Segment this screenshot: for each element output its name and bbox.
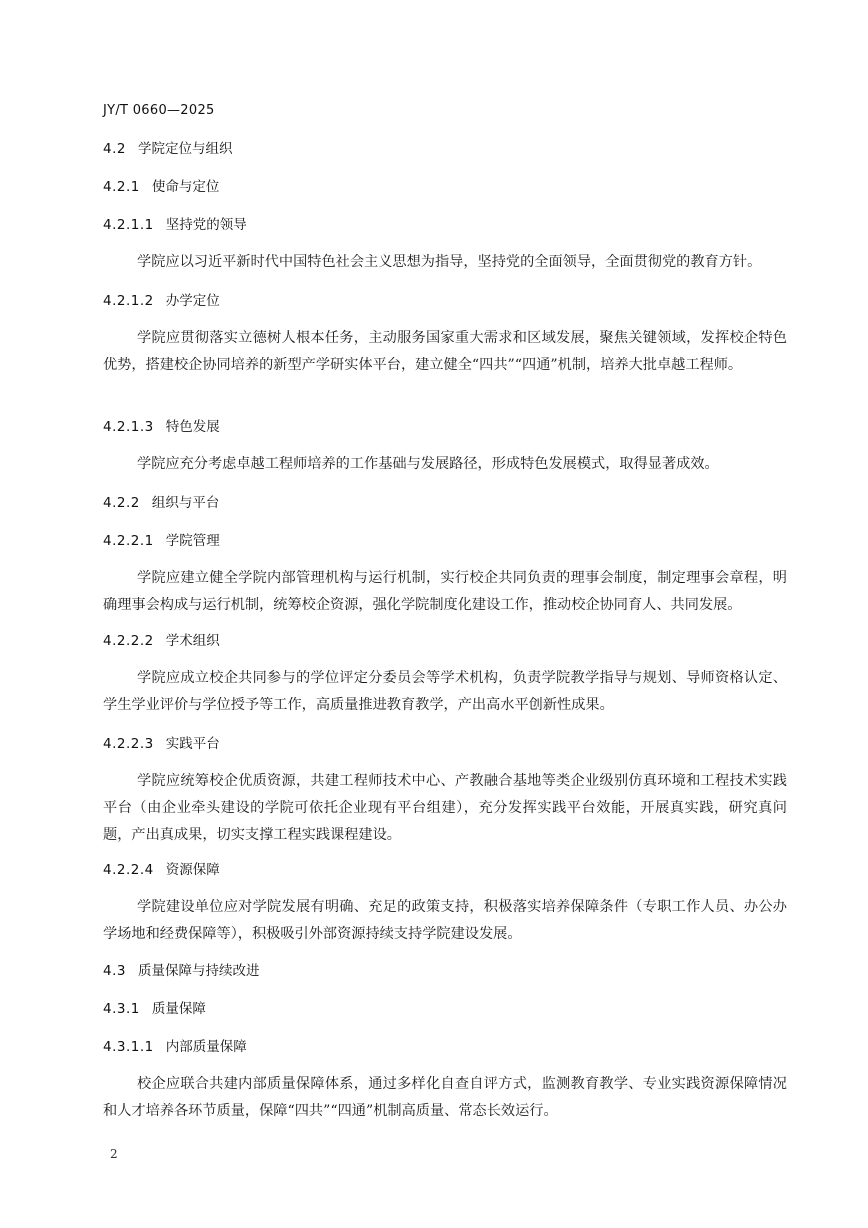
section-title: 内部质量保障 [166, 1039, 247, 1055]
paragraph: 学院应建立健全学院内部管理机构与运行机制，实行校企共同负责的理事会制度，制定理事… [103, 565, 787, 619]
section-title: 学术组织 [166, 633, 220, 649]
section-heading: 4.2.2组织与平台 [103, 493, 787, 513]
paragraph: 学院应统筹校企优质资源，共建工程师技术中心、产教融合基地等类企业级别仿真环境和工… [103, 768, 787, 849]
section-number: 4.2.1.2 [103, 291, 154, 311]
section-title: 特色发展 [166, 419, 220, 435]
section-heading: 4.2.1.1坚持党的领导 [103, 215, 787, 235]
document-page: JY/T 0660—2025 4.2学院定位与组织 4.2.1使命与定位 4.2… [0, 0, 868, 1228]
paragraph: 学院应以习近平新时代中国特色社会主义思想为指导，坚持党的全面领导，全面贯彻党的教… [103, 249, 787, 276]
section-heading: 4.2学院定位与组织 [103, 139, 787, 159]
section-number: 4.3.1.1 [103, 1037, 154, 1057]
section-heading: 4.3质量保障与持续改进 [103, 961, 787, 981]
section-title: 资源保障 [166, 862, 220, 878]
page-number: 2 [110, 1147, 118, 1161]
section-title: 学院定位与组织 [138, 141, 233, 157]
section-number: 4.2.1 [103, 177, 140, 197]
paragraph: 学院应成立校企共同参与的学位评定分委员会等学术机构，负责学院教学指导与规划、导师… [103, 665, 787, 719]
section-number: 4.2 [103, 139, 126, 159]
section-number: 4.2.1.3 [103, 417, 154, 437]
section-number: 4.3.1 [103, 999, 140, 1019]
section-heading: 4.2.1.2办学定位 [103, 291, 787, 311]
paragraph: 校企应联合共建内部质量保障体系，通过多样化自查自评方式，监测教育教学、专业实践资… [103, 1071, 787, 1125]
section-number: 4.2.2.4 [103, 860, 154, 880]
section-title: 学院管理 [166, 533, 220, 549]
section-title: 质量保障与持续改进 [138, 963, 260, 979]
section-number: 4.2.2.1 [103, 531, 154, 551]
section-heading: 4.2.2.3实践平台 [103, 734, 787, 754]
section-heading: 4.3.1质量保障 [103, 999, 787, 1019]
section-title: 办学定位 [166, 293, 220, 309]
section-heading: 4.3.1.1内部质量保障 [103, 1037, 787, 1057]
section-title: 实践平台 [166, 736, 220, 752]
paragraph: 学院应贯彻落实立德树人根本任务，主动服务国家重大需求和区域发展，聚焦关键领域，发… [103, 325, 787, 379]
section-title: 质量保障 [152, 1001, 206, 1017]
section-title: 坚持党的领导 [166, 217, 247, 233]
section-number: 4.2.2 [103, 493, 140, 513]
section-number: 4.2.2.2 [103, 631, 154, 651]
section-title: 使命与定位 [152, 179, 220, 195]
section-number: 4.2.1.1 [103, 215, 154, 235]
section-heading: 4.2.2.2学术组织 [103, 631, 787, 651]
section-number: 4.3 [103, 961, 126, 981]
section-title: 组织与平台 [152, 495, 220, 511]
section-heading: 4.2.2.1学院管理 [103, 531, 787, 551]
section-heading: 4.2.1.3特色发展 [103, 417, 787, 437]
paragraph: 学院建设单位应对学院发展有明确、充足的政策支持，积极落实培养保障条件（专职工作人… [103, 894, 787, 948]
section-heading: 4.2.1使命与定位 [103, 177, 787, 197]
section-heading: 4.2.2.4资源保障 [103, 860, 787, 880]
paragraph: 学院应充分考虑卓越工程师培养的工作基础与发展路径，形成特色发展模式，取得显著成效… [103, 451, 787, 478]
section-number: 4.2.2.3 [103, 734, 154, 754]
document-code: JY/T 0660—2025 [103, 103, 215, 118]
